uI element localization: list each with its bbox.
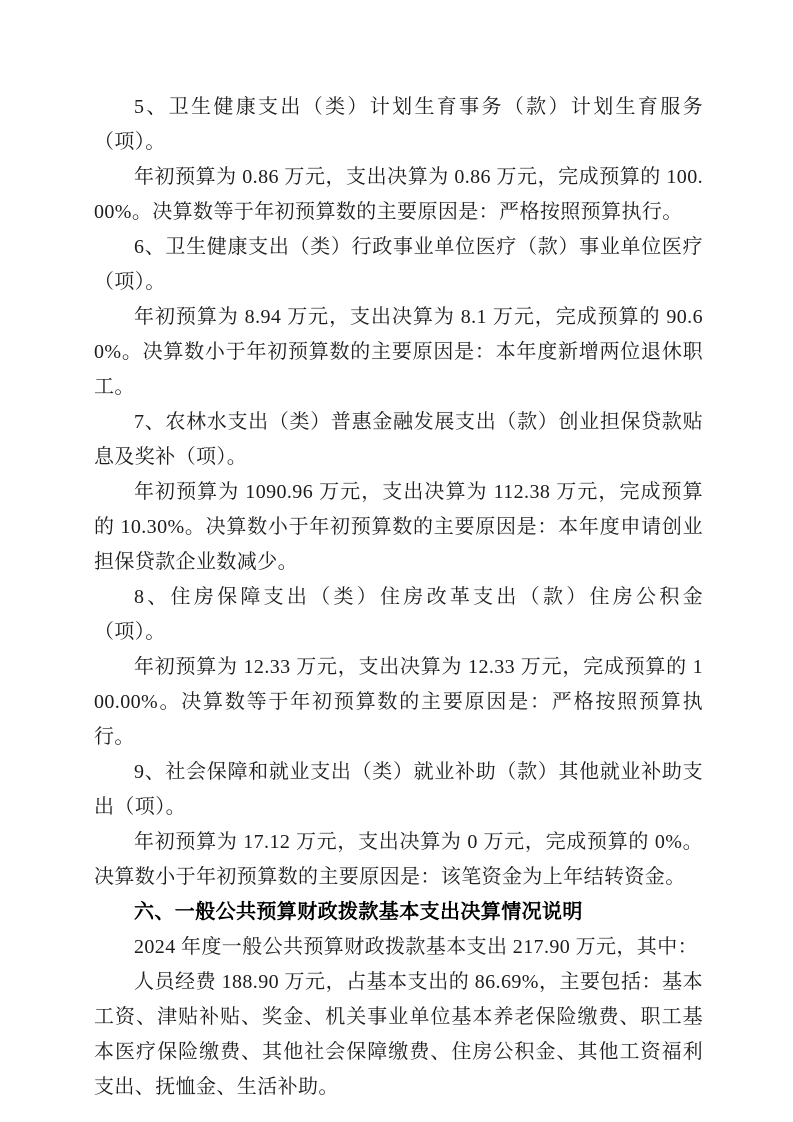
budget-item-5-title: 5、卫生健康支出（类）计划生育事务（款）计划生育服务（项）。 xyxy=(94,90,703,160)
budget-item-8-detail: 年初预算为 12.33 万元，支出决算为 12.33 万元，完成预算的 100.… xyxy=(94,650,703,755)
budget-item-6-title: 6、卫生健康支出（类）行政事业单位医疗（款）事业单位医疗（项）。 xyxy=(94,230,703,300)
budget-item-8-title: 8、住房保障支出（类）住房改革支出（款）住房公积金（项）。 xyxy=(94,580,703,650)
budget-item-7-detail: 年初预算为 1090.96 万元，支出决算为 112.38 万元，完成预算的 1… xyxy=(94,475,703,580)
basic-expenditure-summary: 2024 年度一般公共预算财政拨款基本支出 217.90 万元，其中： xyxy=(94,930,703,965)
section-six-heading: 六、一般公共预算财政拨款基本支出决算情况说明 xyxy=(94,895,703,930)
budget-item-5-detail: 年初预算为 0.86 万元，支出决算为 0.86 万元，完成预算的 100.00… xyxy=(94,160,703,230)
personnel-expense-detail: 人员经费 188.90 万元，占基本支出的 86.69%，主要包括：基本工资、津… xyxy=(94,965,703,1105)
budget-item-9-detail: 年初预算为 17.12 万元，支出决算为 0 万元，完成预算的 0%。决算数小于… xyxy=(94,825,703,895)
budget-item-6-detail: 年初预算为 8.94 万元，支出决算为 8.1 万元，完成预算的 90.60%。… xyxy=(94,300,703,405)
budget-item-7-title: 7、农林水支出（类）普惠金融发展支出（款）创业担保贷款贴息及奖补（项）。 xyxy=(94,405,703,475)
document-page: 5、卫生健康支出（类）计划生育事务（款）计划生育服务（项）。 年初预算为 0.8… xyxy=(0,0,793,1122)
budget-item-9-title: 9、社会保障和就业支出（类）就业补助（款）其他就业补助支出（项）。 xyxy=(94,755,703,825)
